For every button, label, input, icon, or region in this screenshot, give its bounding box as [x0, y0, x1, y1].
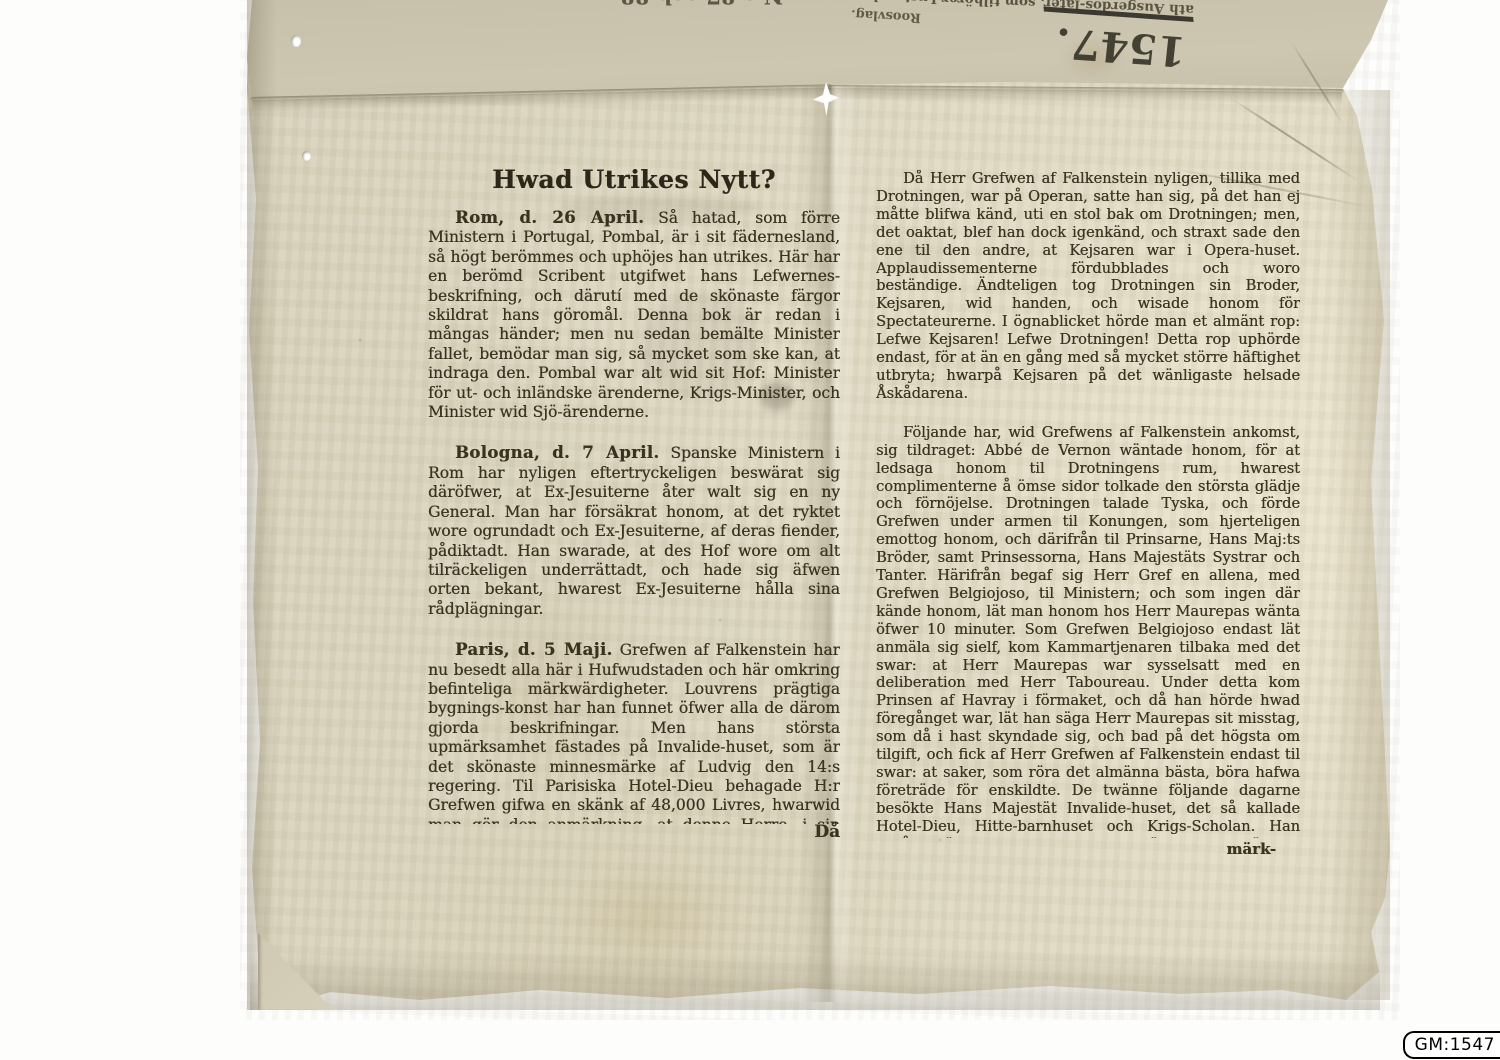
paragraph-text: Följande har, wid Grefwens af Falkenstei…: [876, 424, 1300, 838]
news-paragraph-paris: Paris, d. 5 Maji. Grefwen af Falkenstein…: [428, 640, 840, 824]
left-page-column: Hwad Utrikes Nytt? Rom, d. 26 April. Så …: [428, 166, 840, 824]
verso-masthead-fragment: N:o 87 och 88.: [548, 0, 848, 9]
paragraph-text: Grefwen af Falkenstein har nu besedt all…: [428, 641, 840, 824]
paper-hole: [291, 35, 301, 47]
dateline-bologna: Bologna, d. 7 April.: [455, 442, 659, 462]
paragraph-text: Spanske Ministern i Rom har nyligen efte…: [428, 444, 840, 617]
museum-label: GM:1547: [1403, 1031, 1500, 1059]
paragraph-text: Då Herr Grefwen af Falkenstein nyligen, …: [876, 170, 1300, 402]
bottom-edge-shading: [250, 952, 1380, 1010]
dateline-rom: Rom, d. 26 April.: [455, 207, 644, 227]
paper-hole: [302, 151, 311, 161]
right-page-column: Då Herr Grefwen af Falkenstein nyligen, …: [876, 170, 1300, 838]
paragraph-text: Så hatad, som förre Ministern i Portugal…: [428, 209, 840, 421]
news-paragraph-bologna: Bologna, d. 7 April. Spanske Ministern i…: [428, 443, 840, 619]
right-edge-shading: [1330, 90, 1390, 1000]
news-paragraph-rom: Rom, d. 26 April. Så hatad, som förre Mi…: [428, 208, 840, 422]
catchword-left-page: Då: [428, 822, 840, 842]
news-paragraph-audience: Följande har, wid Grefwens af Falkenstei…: [876, 424, 1300, 838]
page-heading: Hwad Utrikes Nytt?: [428, 166, 840, 194]
handwritten-inventory-number: 1547.: [1043, 7, 1198, 79]
catchword-right-page: märk-: [876, 840, 1276, 858]
news-paragraph-opera: Då Herr Grefwen af Falkenstein nyligen, …: [876, 170, 1300, 403]
left-edge-shading: [247, 0, 277, 1010]
dateline-paris: Paris, d. 5 Maji.: [455, 639, 613, 659]
